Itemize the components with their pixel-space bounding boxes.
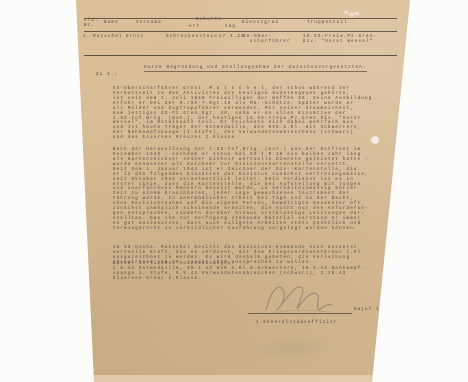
signer-rank: Major i.G.: [354, 308, 391, 313]
text-line: als Melder und Zugtruppführer verwendet.…: [113, 107, 372, 112]
document-paper: Lfd. Nr. Name Vorname Geburts- ort tag D…: [0, 0, 468, 382]
text-line: so gut auszunutzen, dass auch eiligste A…: [113, 222, 369, 227]
table-rule-top: [84, 18, 397, 19]
text-line: termingerecht in vorbildlicher Ausführun…: [113, 227, 369, 232]
paper-specks: [344, 11, 348, 14]
awards-heading: Bisher verliehene Auszeichnungen:: [113, 262, 235, 267]
text-line: spange 1. Stufe, 5.9.43 Verwundetenabzei…: [113, 272, 365, 277]
text-line: stellten. Das ihm zur Verfügung stehende…: [113, 217, 369, 222]
paragraph-zu-1-lines: SS-Oberscharführer Ernst M a t s c h e l…: [113, 87, 372, 141]
paragraph-zu-1-label: Zu 1.:: [96, 73, 118, 78]
column-header-geburtsort: ort: [189, 25, 200, 30]
row-geburtsort: Schreckenstein: [166, 35, 218, 40]
table-rule-bottom: [84, 55, 397, 57]
handwritten-signature: [262, 279, 336, 317]
text-line: er in den folgenden Einsätzen der Divisi…: [113, 173, 369, 178]
column-header-truppenteil: Truppenteil: [307, 21, 348, 26]
scanned-document-page: Lfd. Nr. Name Vorname Geburts- ort tag D…: [0, 0, 468, 382]
row-name: Matschel: [93, 35, 123, 40]
paragraph-kartenstelle-lines: Nach der Herauslösung der 1.SS-Inf.Brig.…: [113, 148, 369, 231]
paper-hole-spot: [371, 136, 379, 144]
row-dienstgrad-line2: scharführer: [250, 40, 291, 45]
row-lfd-nr: 1.: [83, 35, 90, 40]
row-truppenteil-line2: Div. "Horst Wessel": [303, 40, 373, 45]
assessment-heading-text: Kurze Begründung und Stellungnahme der Z…: [144, 66, 366, 72]
text-line: seit Oktober 1944 verantwortlich leitet.…: [113, 178, 369, 183]
column-header-lfd-line1: Lfd.: [84, 19, 99, 24]
text-line: 1.8.42 Ostmedaille, 30.1.43 KVK.2.Kl.m.S…: [113, 267, 365, 272]
row-geburtstag: 17.1.20: [219, 35, 245, 40]
column-header-geburtstag: tag: [225, 25, 236, 30]
column-header-name: Name: [104, 21, 119, 26]
table-rule-header: [84, 31, 397, 32]
paragraph-kartenstelle: Nach der Herauslösung der 1.SS-Inf.Brig.…: [113, 139, 369, 242]
signer-title: 1.Generalstabsoffizier: [256, 321, 338, 326]
signature-line: [248, 313, 352, 314]
paper-bottom-edge: [0, 375, 468, 382]
column-header-lfd-line2: Nr.: [84, 24, 95, 29]
column-header-geburts: Geburts-: [196, 18, 226, 23]
column-header-vorname: Vorname: [136, 21, 162, 26]
column-header-dienstgrad: Dienstgrad: [242, 21, 279, 26]
row-vorname: Ernst: [126, 35, 145, 40]
text-line: dem jetzigen SS-Pz.Gren.Rgt. 40, nahm er…: [113, 112, 372, 117]
